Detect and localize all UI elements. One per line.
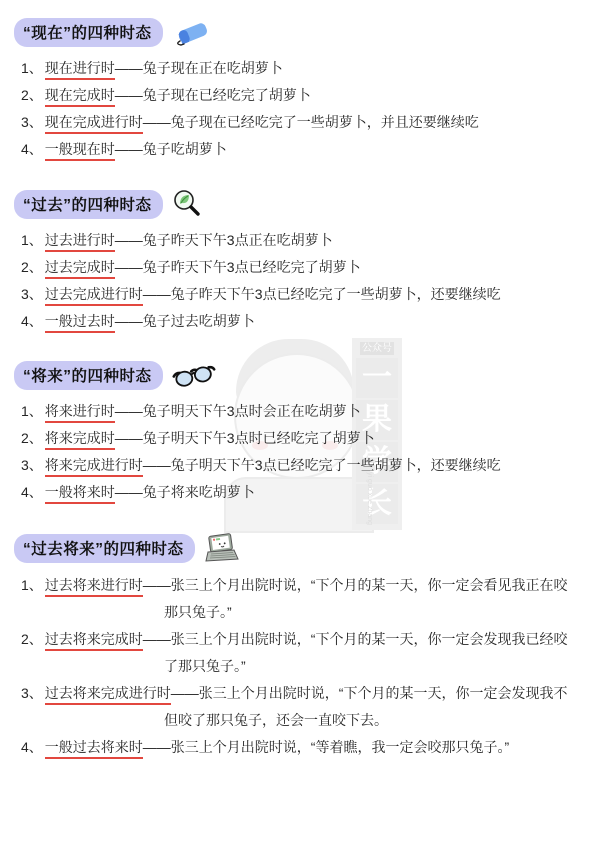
item-text: ——兔子明天下午3点时已经吃完了胡萝卜	[115, 430, 375, 446]
list-item: 2、过去将来完成时——张三上个月出院时说，“下个月的某一天，你一定会发现我已经咬	[14, 626, 584, 653]
item-number: 3、	[21, 457, 43, 473]
item-text: ——兔子明天下午3点已经吃完了一些胡萝卜，还要继续吃	[143, 457, 501, 473]
section-future: “将来”的四种时态 1、将来进行时——兔子明天下午3点时会正在吃胡萝卜 2、将来…	[14, 361, 584, 506]
laptop-icon	[204, 532, 240, 564]
list-item: 3、过去完成进行时——兔子昨天下午3点已经吃完了一些胡萝卜，还要继续吃	[14, 281, 584, 308]
item-text: ——兔子现在已经吃完了一些胡萝卜，并且还要继续吃	[143, 114, 479, 130]
tense-term: 过去完成进行时	[45, 286, 143, 306]
tense-term: 将来完成时	[45, 430, 115, 450]
tense-term: 过去将来进行时	[45, 577, 143, 597]
list-item: 2、将来完成时——兔子明天下午3点时已经吃完了胡萝卜	[14, 425, 584, 452]
item-number: 1、	[21, 232, 43, 248]
tense-term: 一般过去将来时	[45, 739, 143, 759]
tense-term: 现在完成时	[45, 87, 115, 107]
item-text: ——兔子将来吃胡萝卜	[115, 484, 255, 500]
list-item: 1、现在进行时——兔子现在正在吃胡萝卜	[14, 55, 584, 82]
list-item: 4、一般将来时——兔子将来吃胡萝卜	[14, 479, 584, 506]
tense-term: 一般将来时	[45, 484, 115, 504]
item-number: 4、	[21, 739, 43, 755]
page: “现在”的四种时态 1、现在进行时——兔子现在正在吃胡萝卜 2、现在完成时——兔…	[0, 0, 596, 761]
item-number: 4、	[21, 484, 43, 500]
section-title: “将来”的四种时态	[14, 361, 163, 390]
section-past: “过去”的四种时态 1、过去进行时——兔子昨天下午3点正在吃胡萝卜 2、过去完成…	[14, 189, 584, 335]
tense-term: 现在进行时	[45, 60, 115, 80]
item-number: 1、	[21, 60, 43, 76]
item-text: ——兔子昨天下午3点已经吃完了胡萝卜	[115, 259, 361, 275]
section-present: “现在”的四种时态 1、现在进行时——兔子现在正在吃胡萝卜 2、现在完成时——兔…	[14, 18, 584, 163]
list-item: 3、现在完成进行时——兔子现在已经吃完了一些胡萝卜，并且还要继续吃	[14, 109, 584, 136]
item-text: ——兔子吃胡萝卜	[115, 141, 227, 157]
list-item: 1、过去进行时——兔子昨天下午3点正在吃胡萝卜	[14, 227, 584, 254]
item-number: 3、	[21, 286, 43, 302]
item-number: 1、	[21, 403, 43, 419]
list-item: 4、一般现在时——兔子吃胡萝卜	[14, 136, 584, 163]
tense-term: 一般过去时	[45, 313, 115, 333]
item-number: 3、	[21, 685, 43, 701]
list-item: 4、一般过去将来时——张三上个月出院时说，“等着瞧，我一定会咬那只兔子。”	[14, 734, 584, 761]
item-text-continuation: 那只兔子。”	[14, 599, 584, 626]
item-number: 4、	[21, 313, 43, 329]
item-text: ——兔子昨天下午3点已经吃完了一些胡萝卜，还要继续吃	[143, 286, 501, 302]
list-item: 3、将来完成进行时——兔子明天下午3点已经吃完了一些胡萝卜，还要继续吃	[14, 452, 584, 479]
list-item: 4、一般过去时——兔子过去吃胡萝卜	[14, 308, 584, 335]
item-number: 2、	[21, 631, 43, 647]
section-title: “现在”的四种时态	[14, 18, 163, 47]
item-number: 2、	[21, 259, 43, 275]
tense-term: 过去将来完成进行时	[45, 685, 171, 705]
tense-term: 一般现在时	[45, 141, 115, 161]
list-item: 1、过去将来进行时——张三上个月出院时说，“下个月的某一天，你一定会看见我正在咬	[14, 572, 584, 599]
item-text: ——兔子现在正在吃胡萝卜	[115, 60, 283, 76]
item-number: 2、	[21, 87, 43, 103]
list-item: 1、将来进行时——兔子明天下午3点时会正在吃胡萝卜	[14, 398, 584, 425]
list-item: 2、过去完成时——兔子昨天下午3点已经吃完了胡萝卜	[14, 254, 584, 281]
item-text-continuation: 了那只兔子。”	[14, 653, 584, 680]
item-text: ——兔子明天下午3点时会正在吃胡萝卜	[115, 403, 361, 419]
tense-term: 现在完成进行时	[45, 114, 143, 134]
section-header: “将来”的四种时态	[14, 361, 584, 390]
eraser-icon	[172, 19, 212, 47]
item-text: ——张三上个月出院时说，“下个月的某一天，你一定会发现我已经咬	[143, 631, 568, 647]
item-number: 2、	[21, 430, 43, 446]
item-number: 3、	[21, 114, 43, 130]
tense-term: 过去进行时	[45, 232, 115, 252]
item-number: 4、	[21, 141, 43, 157]
section-title: “过去”的四种时态	[14, 190, 163, 219]
section-header: “过去”的四种时态	[14, 189, 584, 219]
list-item: 2、现在完成时——兔子现在已经吃完了胡萝卜	[14, 82, 584, 109]
tense-term: 过去完成时	[45, 259, 115, 279]
item-text: ——张三上个月出院时说，“下个月的某一天，你一定会发现我不	[171, 685, 568, 701]
item-text-continuation: 但咬了那只兔子，还会一直咬下去。	[14, 707, 584, 734]
tense-term: 将来进行时	[45, 403, 115, 423]
section-header: “现在”的四种时态	[14, 18, 584, 47]
tense-term: 过去将来完成时	[45, 631, 143, 651]
item-text: ——兔子过去吃胡萝卜	[115, 313, 255, 329]
item-text: ——兔子昨天下午3点正在吃胡萝卜	[115, 232, 333, 248]
tense-term: 将来完成进行时	[45, 457, 143, 477]
section-title: “过去将来”的四种时态	[14, 534, 195, 563]
glasses-icon	[172, 364, 216, 388]
item-text: ——兔子现在已经吃完了胡萝卜	[115, 87, 311, 103]
section-past-future: “过去将来”的四种时态 1、过去将来进行时——张	[14, 532, 584, 761]
list-item: 3、过去将来完成进行时——张三上个月出院时说，“下个月的某一天，你一定会发现我不	[14, 680, 584, 707]
item-text: ——张三上个月出院时说，“等着瞧，我一定会咬那只兔子。”	[143, 739, 509, 755]
leaf-magnifier-icon	[172, 189, 202, 219]
section-header: “过去将来”的四种时态	[14, 532, 584, 564]
item-text: ——张三上个月出院时说，“下个月的某一天，你一定会看见我正在咬	[143, 577, 568, 593]
item-number: 1、	[21, 577, 43, 593]
